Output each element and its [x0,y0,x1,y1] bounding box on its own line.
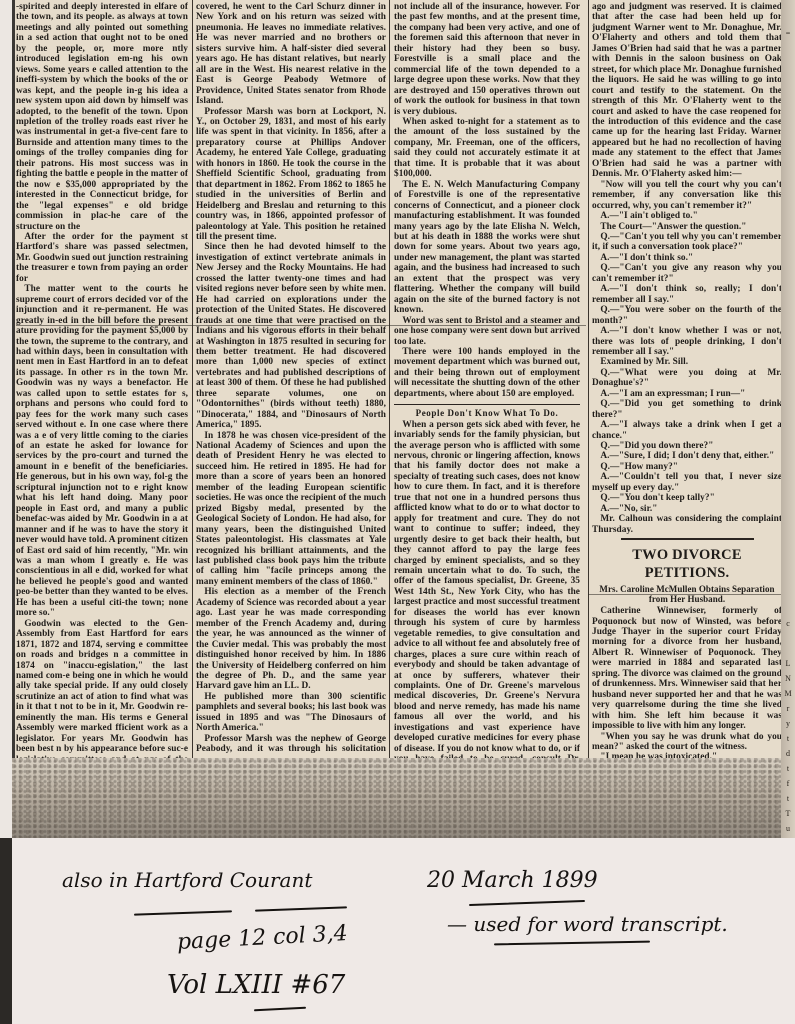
paragraph: Q.—"You were sober on the fourth of the … [592,305,782,326]
fragment-glyph: N [784,675,792,683]
underline [255,906,347,911]
fold-crease [16,325,586,326]
paragraph: A.—"I ain't obliged to." [592,211,782,221]
column-marsh-obituary: covered, he went to the Carl Schurz dinn… [196,2,386,754]
paragraph: Q.—"You don't keep tally?" [592,493,782,503]
headline-divorce-petitions: TWO DIVORCE PETITIONS. [592,546,782,582]
paragraph: Q.—"Can't you give any reason why you ca… [592,263,782,284]
column-rule [192,0,193,760]
underline [254,1007,306,1012]
paragraph: There were 100 hands employed in the mov… [394,347,580,399]
paragraph: not include all of the insurance, howeve… [394,2,580,117]
paragraph: A.—"I am an expressman; I run—" [592,389,782,399]
paragraph: A.—"I don't think so." [592,253,782,263]
paragraph: Since then he had devoted himself to the… [196,242,386,430]
fragment-glyph: L [784,660,792,668]
fragment-glyph: T [784,810,792,818]
fragment-glyph: t [784,735,792,743]
paragraph: "When you say he was drunk what do you m… [592,732,782,753]
fragment-glyph: = [784,30,792,38]
section-divider [394,404,580,405]
fragment-glyph: c [784,620,792,628]
paragraph: Professor Marsh was the nephew of George… [196,734,386,754]
underline [494,941,650,946]
section-divider [621,538,754,540]
paragraph: A.—"Couldn't tell you that, I never size… [592,472,782,493]
paragraph: Mr. Calhoun was considering the complain… [592,514,782,535]
handwritten-annotation-area: also in Hartford Courant page 12 col 3,4… [0,838,795,1024]
fragment-glyph: t [784,795,792,803]
paragraph: Catherine Winnewiser, formerly of Poquon… [592,606,782,731]
paragraph: A.—"I always take a drink when I get a c… [592,420,782,441]
paragraph: Goodwin was elected to the Gen-Assembly … [16,619,188,760]
underline [469,900,585,906]
paragraph: -spirited and deeply interested in elfar… [16,2,188,232]
column-goodwin-obituary: -spirited and deeply interested in elfar… [16,2,188,760]
handwritten-volume-issue: Vol LXIII #67 [167,970,345,1000]
paragraph: His election as a member of the French A… [196,587,386,692]
clipping-edge [12,0,15,838]
paragraph: The E. N. Welch Manufacturing Company of… [394,180,580,316]
column-rule [588,0,589,760]
fragment-glyph: f [784,780,792,788]
newspaper-clipping: -spirited and deeply interested in elfar… [12,0,795,838]
paragraph: Q.—"Did you get something to drink there… [592,399,782,420]
paragraph: Examined by Mr. Sill. [592,357,782,367]
fragment-glyph: M [784,690,792,698]
paragraph: A.—"No, sir." [592,504,782,514]
fragment-glyph: t [784,765,792,773]
handwritten-page-column: page 12 col 3,4 [176,921,348,955]
handwritten-source-note: also in Hartford Courant [62,868,312,892]
handwritten-remark: — used for word transcript. [447,912,728,936]
adjacent-column-fragment: =cLNMrytdtftTu [781,0,795,838]
fold-crease [588,594,795,595]
handwritten-date: 20 March 1899 [427,868,598,893]
column-court-reports: ago and judgment was reserved. It is cla… [592,2,782,762]
paragraph: Word was sent to Bristol and a steamer a… [394,316,580,347]
paragraph: "Now will you tell the court why you can… [592,180,782,211]
paragraph: He published more than 300 scientific pa… [196,692,386,734]
paragraph: ago and judgment was reserved. It is cla… [592,2,782,180]
underline [134,910,232,915]
paragraph: The matter went to the courts he supreme… [16,284,188,619]
advertisement-paragraph: When a person gets sick abed with fever,… [394,420,580,758]
fragment-glyph: u [784,825,792,833]
paragraph: covered, he went to the Carl Schurz dinn… [196,2,386,107]
paragraph: A.—"I don't know whether I was or not, t… [592,326,782,357]
paragraph: Q.—"How many?" [592,462,782,472]
scanned-page: -spirited and deeply interested in elfar… [0,0,795,1024]
column-forestville-fire: not include all of the insurance, howeve… [394,2,580,758]
paragraph: Q.—"Can't you tell why you can't remembe… [592,232,782,253]
paragraph: The Court—"Answer the question." [592,222,782,232]
fragment-glyph: y [784,720,792,728]
paragraph: A.—"Sure, I did; I don't deny that, eith… [592,451,782,461]
paragraph: In 1878 he was chosen vice-president of … [196,431,386,588]
paragraph: Q.—"What were you doing at Mr. Donaghue'… [592,368,782,389]
paragraph: Q.—"Did you down there?" [592,441,782,451]
column-rule [389,0,390,760]
torn-paper-edge [12,758,795,838]
fragment-glyph: d [784,750,792,758]
paragraph: When asked to-night for a statement as t… [394,117,580,180]
fragment-glyph: r [784,705,792,713]
paragraph: Professor Marsh was born at Lockport, N.… [196,107,386,243]
paragraph: A.—"I don't think so, really; I don't re… [592,284,782,305]
advertisement-heading: People Don't Know What To Do. [394,408,580,418]
paragraph: After the order for the payment st Hartf… [16,232,188,284]
